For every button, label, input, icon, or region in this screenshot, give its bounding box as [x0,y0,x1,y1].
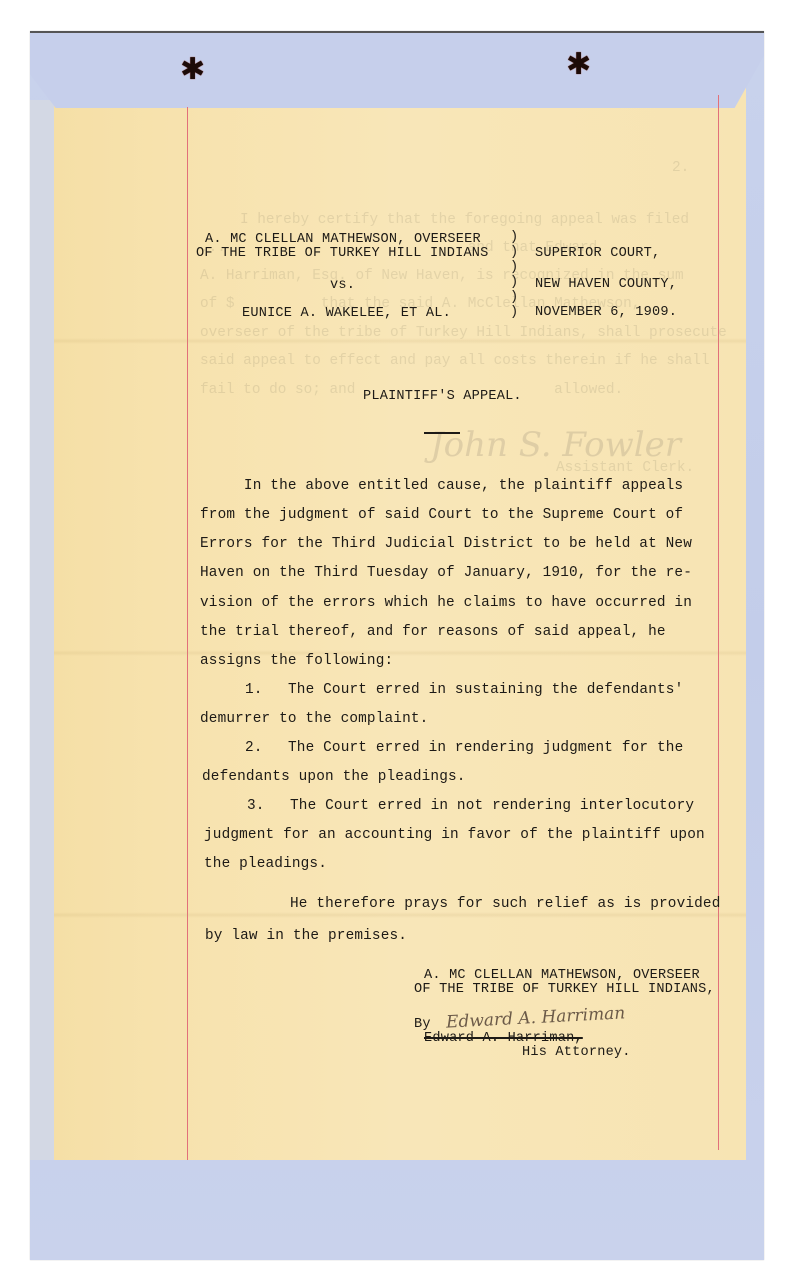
caption-versus: vs. [330,278,355,293]
reason-number: 3. [247,798,265,814]
body-line: Errors for the Third Judicial District t… [200,536,692,552]
body-line: Haven on the Third Tuesday of January, 1… [200,565,692,581]
body-line: the trial thereof, and for reasons of sa… [200,624,666,640]
prayer-line: He therefore prays for such relief as is… [290,896,721,912]
typed-attorney-name: Edward A. Harriman, [424,1031,583,1046]
backing-edge-strip [30,100,54,1160]
right-margin-line [718,95,719,1150]
body-line: assigns the following: [200,653,393,669]
reason-text: The Court erred in not rendering interlo… [290,798,694,814]
reason-text: defendants upon the pleadings. [202,769,466,785]
left-margin-line [187,107,188,1160]
reason-text: the pleadings. [204,856,327,872]
document-title: PLAINTIFF'S APPEAL. [363,389,522,404]
reason-text: The Court erred in sustaining the defend… [288,682,683,698]
ghost-page-marker: 2. [672,160,689,176]
signature-party-line2: OF THE TRIBE OF TURKEY HILL INDIANS, [414,982,715,997]
signature-by-label: By [414,1017,431,1032]
paper-fastener-left-icon: ✱ [180,55,205,85]
title-rule [424,432,460,434]
caption-court: SUPERIOR COURT, [535,246,660,261]
caption-plaintiff-line2: OF THE TRIBE OF TURKEY HILL INDIANS [196,246,489,261]
ghost-line: overseer of the tribe of Turkey Hill Ind… [200,325,727,341]
ghost-clerk-signature: John S. Fowler [430,425,681,465]
body-line: In the above entitled cause, the plainti… [200,478,683,494]
caption-county: NEW HAVEN COUNTY, [535,277,677,292]
prayer-line: by law in the premises. [205,928,407,944]
body-line: vision of the errors which he claims to … [200,595,692,611]
reason-number: 2. [245,740,263,756]
reason-number: 1. [245,682,263,698]
ghost-clerk-title: Assistant Clerk. [556,460,694,476]
reason-text: The Court erred in rendering judgment fo… [288,740,683,756]
reason-text: demurrer to the complaint. [200,711,428,727]
signature-party-line1: A. MC CLELLAN MATHEWSON, OVERSEER [424,968,700,983]
ghost-line: said appeal to effect and pay all costs … [200,353,710,369]
caption-defendant: EUNICE A. WAKELEE, ET AL. [242,306,451,321]
attorney-role: His Attorney. [522,1045,631,1060]
body-line: from the judgment of said Court to the S… [200,507,683,523]
caption-plaintiff-line1: A. MC CLELLAN MATHEWSON, OVERSEER [205,232,481,247]
reason-text: judgment for an accounting in favor of t… [204,827,705,843]
ghost-line: I hereby certify that the foregoing appe… [240,212,689,228]
paper-fastener-right-icon: ✱ [566,50,591,80]
backing-fold-flap [30,33,764,108]
caption-date: NOVEMBER 6, 1909. [535,305,677,320]
paper-crease [54,650,746,656]
paper-crease [54,912,746,918]
